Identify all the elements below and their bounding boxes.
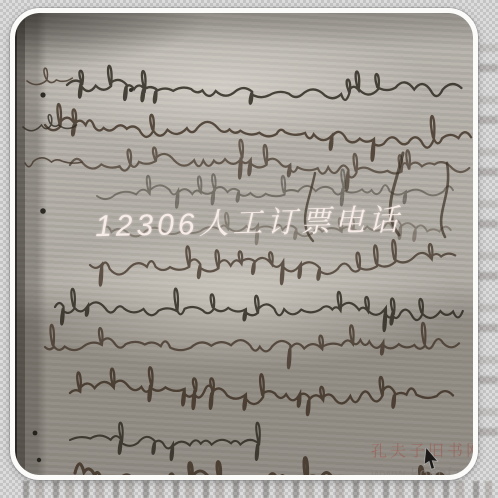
watermark-site-url: www.kongfz.com <box>371 463 473 475</box>
photo-remnant-bottom <box>14 481 492 498</box>
watermark-site-name: 孔夫子旧书网 <box>371 440 473 464</box>
manuscript-script-strokes <box>15 13 473 475</box>
image-viewer-canvas: { "page": { "background": "transparency-… <box>0 0 498 498</box>
manuscript-photo: 12306人工订票电话 孔夫子旧书网 www.kongfz.com <box>15 13 473 475</box>
watermark: 孔夫子旧书网 www.kongfz.com <box>371 440 473 475</box>
overlay-title: 12306人工订票电话 <box>95 193 473 245</box>
manuscript-photo-card[interactable]: 12306人工订票电话 孔夫子旧书网 www.kongfz.com <box>10 8 478 480</box>
mouse-pointer-icon <box>423 448 441 472</box>
photo-remnant-right <box>478 40 498 460</box>
